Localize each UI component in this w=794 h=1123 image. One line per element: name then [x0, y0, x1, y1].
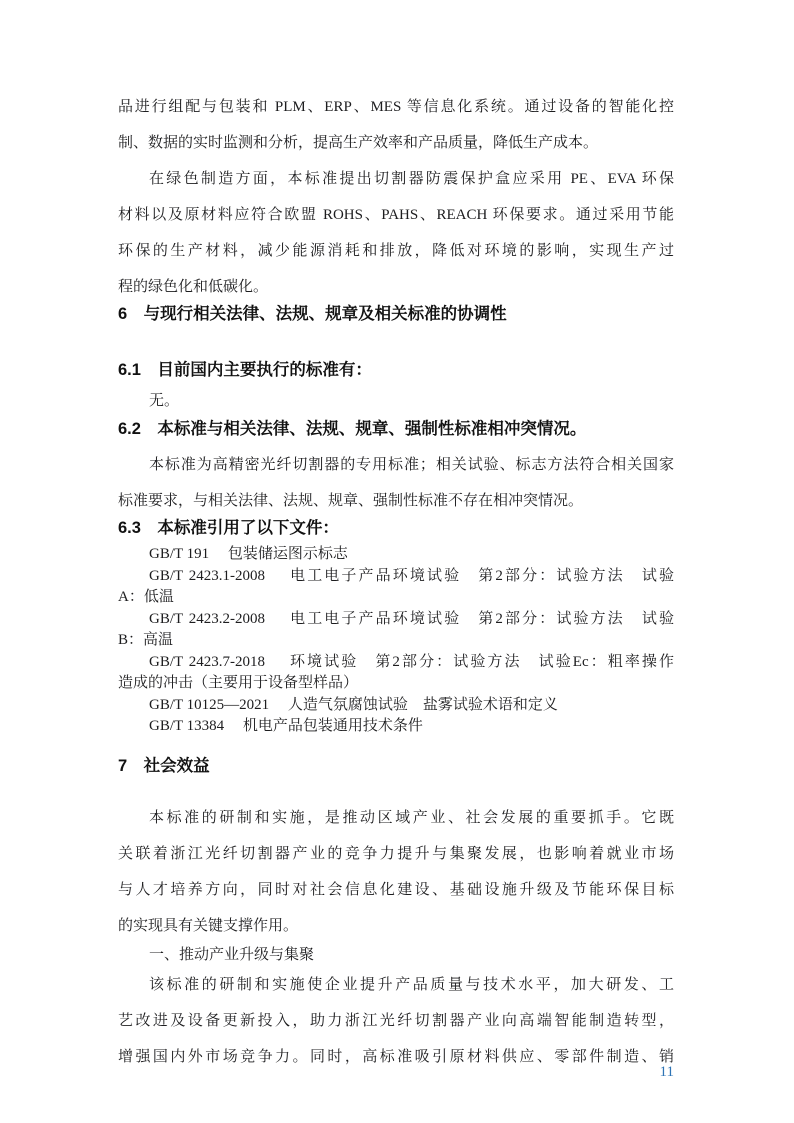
document-page: 品进行组配与包装和 PLM、ERP、MES 等信息化系统。通过设备的智能化控 制… — [0, 0, 794, 1123]
section-6-2-heading: 6.2 本标准与相关法律、法规、规章、强制性标准相冲突情况。 — [118, 418, 674, 440]
section-6-2-body: 本标准为高精密光纤切割器的专用标准；相关试验、标志方法符合相关国家 标准要求，与… — [118, 447, 674, 519]
paragraph-line: 本标准为高精密光纤切割器的专用标准；相关试验、标志方法符合相关国家 — [118, 447, 674, 483]
paragraph-line: 无。 — [118, 383, 674, 419]
section-6-1: 6.1 目前国内主要执行的标准有： — [118, 359, 674, 381]
section-7-heading: 7 社会效益 — [118, 755, 674, 777]
section-7-paragraph-1: 本标准的研制和实施，是推动区域产业、社会发展的重要抓手。它既 关联着浙江光纤切割… — [118, 800, 674, 944]
paragraph-line: 关联着浙江光纤切割器产业的竞争力提升与集聚发展，也影响着就业市场 — [118, 836, 674, 872]
section-6-1-body: 无。 — [118, 383, 674, 419]
paragraph-line: 品进行组配与包装和 PLM、ERP、MES 等信息化系统。通过设备的智能化控 — [118, 89, 674, 125]
paragraph-continued: 品进行组配与包装和 PLM、ERP、MES 等信息化系统。通过设备的智能化控 制… — [118, 89, 674, 161]
paragraph-line: 在绿色制造方面，本标准提出切割器防震保护盒应采用 PE、EVA 环保 — [118, 161, 674, 197]
reference-item: GB/T 13384 机电产品包装通用技术条件 — [118, 716, 674, 738]
reference-item-continuation: 造成的冲击（主要用于设备型样品） — [118, 673, 674, 695]
section-6-1-heading: 6.1 目前国内主要执行的标准有： — [118, 359, 674, 381]
paragraph-line: 标准要求，与相关法律、法规、规章、强制性标准不存在相冲突情况。 — [118, 483, 674, 519]
section-6-3: 6.3 本标准引用了以下文件： — [118, 517, 674, 539]
section-6-heading: 6 与现行相关法律、法规、规章及相关标准的协调性 — [118, 303, 674, 325]
paragraph-line: 程的绿色化和低碳化。 — [118, 269, 674, 305]
paragraph-line: 环保的生产材料，减少能源消耗和排放，降低对环境的影响，实现生产过 — [118, 233, 674, 269]
paragraph-green-manufacturing: 在绿色制造方面，本标准提出切割器防震保护盒应采用 PE、EVA 环保 材料以及原… — [118, 161, 674, 305]
reference-item: GB/T 2423.2-2008 电工电子产品环境试验 第2部分：试验方法 试验 — [118, 609, 674, 631]
paragraph-line: 艺改进及设备更新投入，助力浙江光纤切割器产业向高端智能制造转型， — [118, 1003, 674, 1039]
section-6-2: 6.2 本标准与相关法律、法规、规章、强制性标准相冲突情况。 — [118, 418, 674, 440]
paragraph-line: 该标准的研制和实施使企业提升产品质量与技术水平，加大研发、工 — [118, 967, 674, 1003]
paragraph-line: 本标准的研制和实施，是推动区域产业、社会发展的重要抓手。它既 — [118, 800, 674, 836]
reference-item: GB/T 191 包装储运图示标志 — [118, 544, 674, 566]
reference-item: GB/T 2423.1-2008 电工电子产品环境试验 第2部分：试验方法 试验 — [118, 566, 674, 588]
section-6: 6 与现行相关法律、法规、规章及相关标准的协调性 — [118, 303, 674, 325]
paragraph-line: 材料以及原材料应符合欧盟 ROHS、PAHS、REACH 环保要求。通过采用节能 — [118, 197, 674, 233]
page-number: 11 — [118, 1062, 674, 1082]
section-6-3-heading: 6.3 本标准引用了以下文件： — [118, 517, 674, 539]
reference-item: GB/T 2423.7-2018 环境试验 第2部分：试验方法 试验Ec：粗率操… — [118, 652, 674, 674]
paragraph-line: 与人才培养方向，同时对社会信息化建设、基础设施升级及节能环保目标 — [118, 872, 674, 908]
reference-list: GB/T 191 包装储运图示标志 GB/T 2423.1-2008 电工电子产… — [118, 544, 674, 738]
reference-item-continuation: A：低温 — [118, 587, 674, 609]
reference-item: GB/T 10125—2021 人造气氛腐蚀试验 盐雾试验术语和定义 — [118, 695, 674, 717]
section-7: 7 社会效益 — [118, 755, 674, 777]
section-7-paragraph-2: 该标准的研制和实施使企业提升产品质量与技术水平，加大研发、工 艺改进及设备更新投… — [118, 967, 674, 1075]
reference-item-continuation: B：高温 — [118, 630, 674, 652]
paragraph-line: 制、数据的实时监测和分析，提高生产效率和产品质量，降低生产成本。 — [118, 125, 674, 161]
